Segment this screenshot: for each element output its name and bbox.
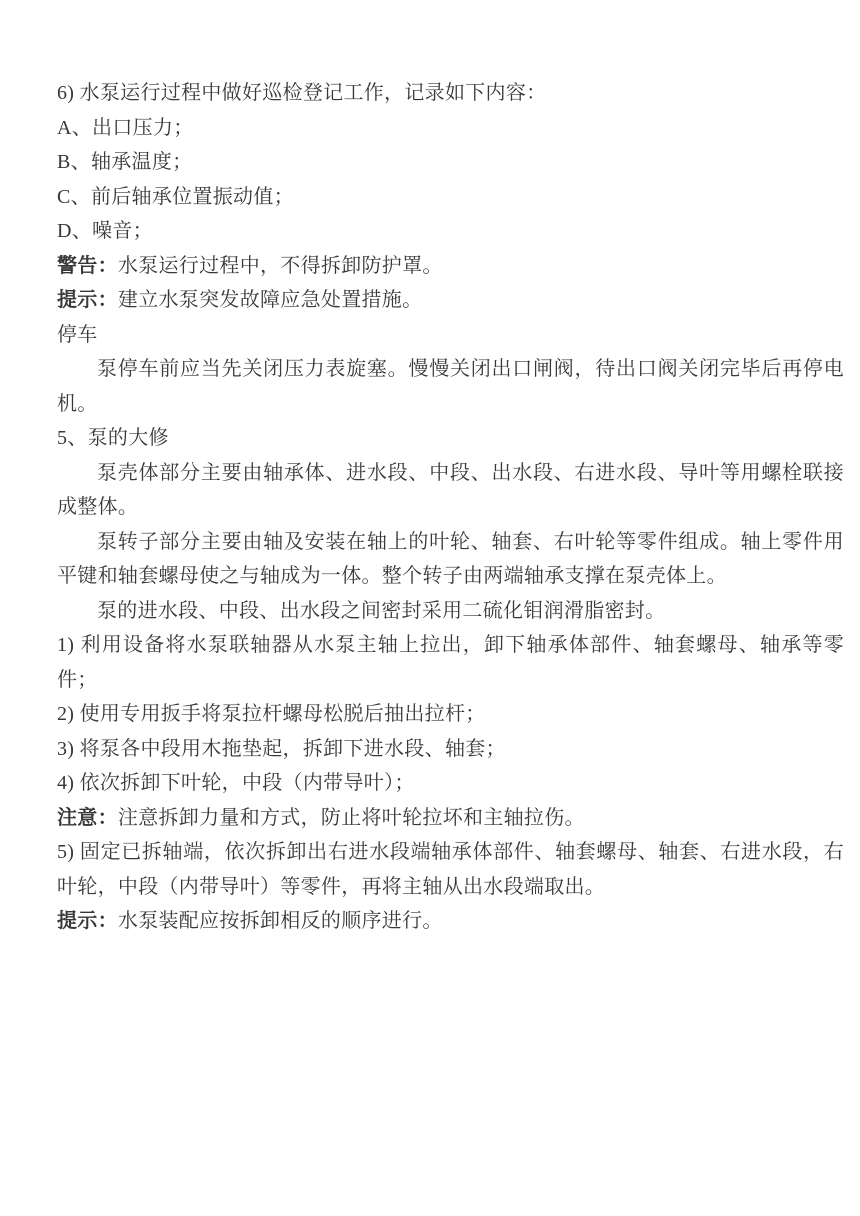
caution-note-label: 注意： xyxy=(57,807,118,829)
tip-note-assembly-text: 水泵装配应按拆卸相反的顺序进行。 xyxy=(118,910,443,932)
numbered-item-5: 5) 固定已拆轴端，依次拆卸出右进水段端轴承体部件、轴套螺母、轴套、右进水段，右… xyxy=(57,835,844,904)
document-page: 6) 水泵运行过程中做好巡检登记工作，记录如下内容： A、出口压力； B、轴承温… xyxy=(0,0,860,1216)
tip-note-assembly-label: 提示： xyxy=(57,910,118,932)
caution-note: 注意：注意拆卸力量和方式，防止将叶轮拉坏和主轴拉伤。 xyxy=(57,801,844,836)
warning-note: 警告：水泵运行过程中，不得拆卸防护罩。 xyxy=(57,249,844,284)
section-heading-overhaul: 5、泵的大修 xyxy=(57,421,844,456)
tip-note: 提示：建立水泵突发故障应急处置措施。 xyxy=(57,283,844,318)
letter-item-b: B、轴承温度； xyxy=(57,145,844,180)
numbered-item-4: 4) 依次拆卸下叶轮，中段（内带导叶）； xyxy=(57,766,844,801)
tip-note-text: 建立水泵突发故障应急处置措施。 xyxy=(118,289,423,311)
warning-note-label: 警告： xyxy=(57,255,118,277)
paragraph-pump-casing: 泵壳体部分主要由轴承体、进水段、中段、出水段、右进水段、导叶等用螺栓联接成整体。 xyxy=(57,456,844,525)
paragraph-pump-rotor: 泵转子部分主要由轴及安装在轴上的叶轮、轴套、右叶轮等零件组成。轴上零件用平键和轴… xyxy=(57,525,844,594)
tip-note-label: 提示： xyxy=(57,289,118,311)
tip-note-assembly: 提示：水泵装配应按拆卸相反的顺序进行。 xyxy=(57,904,844,939)
numbered-item-1: 1) 利用设备将水泵联轴器从水泵主轴上拉出，卸下轴承体部件、轴套螺母、轴承等零件… xyxy=(57,628,844,697)
letter-item-d: D、噪音； xyxy=(57,214,844,249)
numbered-item-2: 2) 使用专用扳手将泵拉杆螺母松脱后抽出拉杆； xyxy=(57,697,844,732)
caution-note-text: 注意拆卸力量和方式，防止将叶轮拉坏和主轴拉伤。 xyxy=(118,807,585,829)
section-heading-stop: 停车 xyxy=(57,318,844,353)
letter-item-c: C、前后轴承位置振动值； xyxy=(57,180,844,215)
numbered-item-6: 6) 水泵运行过程中做好巡检登记工作，记录如下内容： xyxy=(57,76,844,111)
numbered-item-3: 3) 将泵各中段用木拖垫起，拆卸下进水段、轴套； xyxy=(57,732,844,767)
paragraph-seal: 泵的进水段、中段、出水段之间密封采用二硫化钼润滑脂密封。 xyxy=(57,594,844,629)
paragraph-stop-procedure: 泵停车前应当先关闭压力表旋塞。慢慢关闭出口闸阀，待出口阀关闭完毕后再停电机。 xyxy=(57,352,844,421)
warning-note-text: 水泵运行过程中，不得拆卸防护罩。 xyxy=(118,255,443,277)
letter-item-a: A、出口压力； xyxy=(57,111,844,146)
